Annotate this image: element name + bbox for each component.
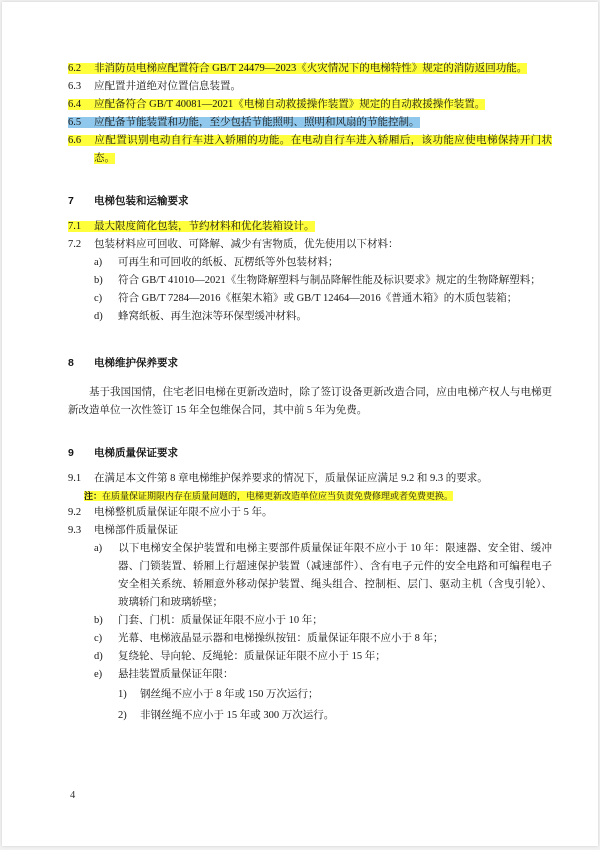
clause-7.1: 7.1最大限度简化包装，节约材料和优化装箱设计。 <box>68 218 552 236</box>
list-item-text: 可再生和可回收的纸板、瓦楞纸等外包装材料； <box>118 257 339 268</box>
list-item-label: 1) <box>118 685 140 705</box>
clause-text: 最大限度简化包装，节约材料和优化装箱设计。 <box>94 221 315 232</box>
section-title: 电梯维护保养要求 <box>94 357 178 369</box>
body-paragraph: 基于我国国情，住宅老旧电梯在更新改造时，除了签订设备更新改造合同，应由电梯产权人… <box>68 384 552 420</box>
highlight-yellow: 7.1最大限度简化包装，节约材料和优化装箱设计。 <box>68 221 315 232</box>
clause-text: 非消防员电梯应配置符合 GB/T 24479—2023《火灾情况下的电梯特性》规… <box>94 63 527 74</box>
clause-9.1: 9.1在满足本文件第 8 章电梯维护保养要求的情况下，质量保证应满足 9.2 和… <box>68 470 552 488</box>
list-item-text: 光幕、电梯液晶显示器和电梯操纵按钮：质量保证年限不应小于 8 年； <box>118 633 444 644</box>
list-item-label: a) <box>94 540 118 558</box>
list-item-text: 蜂窝纸板、再生泡沫等环保型缓冲材料。 <box>118 311 307 322</box>
page-number: 4 <box>70 790 75 801</box>
list-item-text: 以下电梯安全保护装置和电梯主要部件质量保证年限不应小于 10 年：限速器、安全钳… <box>118 543 552 608</box>
clause-text: 在满足本文件第 8 章电梯维护保养要求的情况下，质量保证应满足 9.2 和 9.… <box>94 473 488 484</box>
clause-text: 应配置井道绝对位置信息装置。 <box>94 81 241 92</box>
highlight-yellow: 6.6应配置识别电动自行车进入轿厢的功能。在电动自行车进入轿厢后，该功能应使电梯… <box>68 135 552 164</box>
list-item-a: a)可再生和可回收的纸板、瓦楞纸等外包装材料； <box>94 254 552 272</box>
document-content: 6.2非消防员电梯应配置符合 GB/T 24479—2023《火灾情况下的电梯特… <box>68 60 552 726</box>
list-item-text: 悬挂装置质量保证年限： <box>118 669 234 680</box>
clause-text: 应配置识别电动自行车进入轿厢的功能。在电动自行车进入轿厢后，该功能应使电梯保持开… <box>94 135 552 164</box>
list-item-a: a)以下电梯安全保护装置和电梯主要部件质量保证年限不应小于 10 年：限速器、安… <box>94 540 552 612</box>
section-number: 7 <box>68 192 94 210</box>
clause-6.6: 6.6应配置识别电动自行车进入轿厢的功能。在电动自行车进入轿厢后，该功能应使电梯… <box>68 132 552 168</box>
clause-9.3: 9.3电梯部件质量保证 <box>68 522 552 540</box>
list-item-label: 2) <box>118 706 140 726</box>
clause-number: 6.3 <box>68 78 94 96</box>
clause-number: 6.4 <box>68 96 94 114</box>
clause-6.3: 6.3应配置井道绝对位置信息装置。 <box>68 78 552 96</box>
list-item-label: b) <box>94 272 118 290</box>
highlight-yellow: 注：在质量保证期限内存在质量问题的，电梯更新改造单位应当负责免费修理或者免费更换… <box>84 491 453 501</box>
section-heading-8: 8电梯维护保养要求 <box>68 354 552 372</box>
section-heading-9: 9电梯质量保证要求 <box>68 444 552 462</box>
list-item-label: d) <box>94 648 118 666</box>
paragraph-text: 基于我国国情，住宅老旧电梯在更新改造时，除了签订设备更新改造合同，应由电梯产权人… <box>68 387 552 416</box>
clause-text: 应配备节能装置和功能，至少包括节能照明、照明和风扇的节能控制。 <box>94 117 420 128</box>
clause-6.2: 6.2非消防员电梯应配置符合 GB/T 24479—2023《火灾情况下的电梯特… <box>68 60 552 78</box>
clause-number: 6.5 <box>68 114 94 132</box>
list-item-label: e) <box>94 666 118 684</box>
list-item-label: c) <box>94 290 118 308</box>
clause-6.4: 6.4应配备符合 GB/T 40081—2021《电梯自动救援操作装置》规定的自… <box>68 96 552 114</box>
list-item-label: b) <box>94 612 118 630</box>
note-label: 注： <box>84 491 102 501</box>
list-item-label: d) <box>94 308 118 326</box>
clause-text: 应配备符合 GB/T 40081—2021《电梯自动救援操作装置》规定的自动救援… <box>94 99 485 110</box>
document-page: 6.2非消防员电梯应配置符合 GB/T 24479—2023《火灾情况下的电梯特… <box>2 2 598 846</box>
section-title: 电梯质量保证要求 <box>94 447 178 459</box>
list-item-text: 非钢丝绳不应小于 15 年或 300 万次运行。 <box>140 710 334 721</box>
highlight-yellow: 6.2非消防员电梯应配置符合 GB/T 24479—2023《火灾情况下的电梯特… <box>68 63 527 74</box>
clause-number: 9.2 <box>68 504 94 522</box>
clause-number: 6.2 <box>68 60 94 78</box>
list-item-label: c) <box>94 630 118 648</box>
list-item-d: d)蜂窝纸板、再生泡沫等环保型缓冲材料。 <box>94 308 552 326</box>
note-line: 注：在质量保证期限内存在质量问题的，电梯更新改造单位应当负责免费修理或者免费更换… <box>84 488 552 504</box>
clause-number: 9.3 <box>68 522 94 540</box>
clause-number: 7.1 <box>68 218 94 236</box>
list-item-text: 符合 GB/T 41010—2021《生物降解塑料与制品降解性能及标识要求》规定… <box>118 275 541 286</box>
clause-text: 包装材料应可回收、可降解、减少有害物质，优先使用以下材料： <box>94 239 399 250</box>
section-title: 电梯包装和运输要求 <box>94 195 189 207</box>
clause-number: 7.2 <box>68 236 94 254</box>
list-item-b: b)门套、门机：质量保证年限不应小于 10 年； <box>94 612 552 630</box>
list-item-d: d)复绕轮、导向轮、反绳轮：质量保证年限不应小于 15 年； <box>94 648 552 666</box>
clause-text: 电梯整机质量保证年限不应小于 5 年。 <box>94 507 273 518</box>
list-item-c: c)光幕、电梯液晶显示器和电梯操纵按钮：质量保证年限不应小于 8 年； <box>94 630 552 648</box>
clause-text: 电梯部件质量保证 <box>94 525 178 536</box>
list-item-b: b)符合 GB/T 41010—2021《生物降解塑料与制品降解性能及标识要求》… <box>94 272 552 290</box>
list-item-1: 1)钢丝绳不应小于 8 年或 150 万次运行； <box>118 685 552 705</box>
list-item-text: 符合 GB/T 7284—2016《框架木箱》或 GB/T 12464—2016… <box>118 293 517 304</box>
highlight-blue: 6.5应配备节能装置和功能，至少包括节能照明、照明和风扇的节能控制。 <box>68 117 420 128</box>
list-item-text: 门套、门机：质量保证年限不应小于 10 年； <box>118 615 323 626</box>
list-item-c: c)符合 GB/T 7284—2016《框架木箱》或 GB/T 12464—20… <box>94 290 552 308</box>
list-item-e: e)悬挂装置质量保证年限： <box>94 666 552 684</box>
clause-7.2: 7.2包装材料应可回收、可降解、减少有害物质，优先使用以下材料： <box>68 236 552 254</box>
clause-9.2: 9.2电梯整机质量保证年限不应小于 5 年。 <box>68 504 552 522</box>
section-number: 8 <box>68 354 94 372</box>
clause-number: 6.6 <box>68 132 94 150</box>
clause-number: 9.1 <box>68 470 94 488</box>
list-item-text: 复绕轮、导向轮、反绳轮：质量保证年限不应小于 15 年； <box>118 651 386 662</box>
highlight-yellow: 6.4应配备符合 GB/T 40081—2021《电梯自动救援操作装置》规定的自… <box>68 99 485 110</box>
section-number: 9 <box>68 444 94 462</box>
note-text: 在质量保证期限内存在质量问题的，电梯更新改造单位应当负责免费修理或者免费更换。 <box>102 491 453 501</box>
section-heading-7: 7电梯包装和运输要求 <box>68 192 552 210</box>
list-item-label: a) <box>94 254 118 272</box>
list-item-text: 钢丝绳不应小于 8 年或 150 万次运行； <box>140 689 319 700</box>
list-item-2: 2)非钢丝绳不应小于 15 年或 300 万次运行。 <box>118 706 552 726</box>
clause-6.5: 6.5应配备节能装置和功能，至少包括节能照明、照明和风扇的节能控制。 <box>68 114 552 132</box>
